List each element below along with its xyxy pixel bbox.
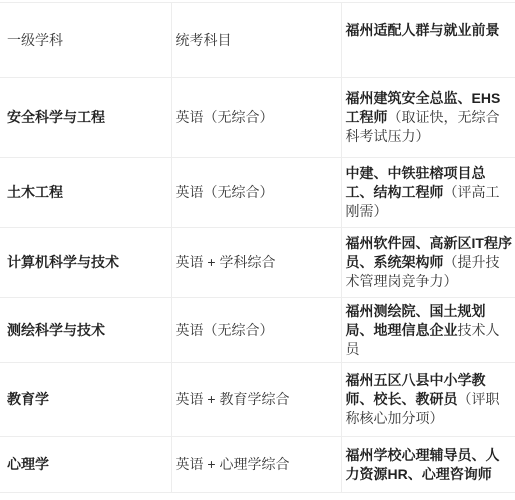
table-row: 土木工程 英语（无综合） 中建、中铁驻榕项目总工、结构工程师（评高工刚需） (0, 158, 515, 228)
table-row: 心理学 英语 + 心理学综合 福州学校心理辅导员、人力资源HR、心理咨询师 (0, 437, 515, 493)
exam-cell: 英语（无综合） (171, 158, 341, 228)
prospect-cell: 福州测绘院、国土规划局、地理信息企业技术人员 (341, 298, 515, 363)
prospect-cell: 福州软件园、高新区IT程序员、系统架构师（提升技术管理岗竞争力） (341, 228, 515, 298)
disciplines-table: 一级学科 统考科目 福州适配人群与就业前景 安全科学与工程 英语（无综合） 福州… (0, 2, 515, 493)
exam-cell: 英语 + 心理学综合 (171, 437, 341, 493)
discipline-cell: 安全科学与工程 (0, 78, 171, 158)
exam-cell: 英语（无综合） (171, 78, 341, 158)
discipline-cell: 土木工程 (0, 158, 171, 228)
discipline-cell: 计算机科学与技术 (0, 228, 171, 298)
prospect-highlight: 福州学校心理辅导员、人力资源HR、心理咨询师 (346, 447, 500, 482)
column-header-prospect: 福州适配人群与就业前景 (341, 3, 515, 78)
discipline-cell: 心理学 (0, 437, 171, 493)
prospect-cell: 福州五区八县中小学教师、校长、教研员（评职称核心加分项） (341, 363, 515, 437)
table-row: 安全科学与工程 英语（无综合） 福州建筑安全总监、EHS工程师（取证快，无综合科… (0, 78, 515, 158)
table-row: 教育学 英语 + 教育学综合 福州五区八县中小学教师、校长、教研员（评职称核心加… (0, 363, 515, 437)
header-row: 一级学科 统考科目 福州适配人群与就业前景 (0, 3, 515, 78)
table-row: 计算机科学与技术 英语 + 学科综合 福州软件园、高新区IT程序员、系统架构师（… (0, 228, 515, 298)
prospect-cell: 中建、中铁驻榕项目总工、结构工程师（评高工刚需） (341, 158, 515, 228)
column-header-exam: 统考科目 (171, 3, 341, 78)
prospect-cell: 福州建筑安全总监、EHS工程师（取证快，无综合科考试压力） (341, 78, 515, 158)
column-header-discipline: 一级学科 (0, 3, 171, 78)
exam-cell: 英语 + 教育学综合 (171, 363, 341, 437)
discipline-cell: 教育学 (0, 363, 171, 437)
exam-cell: 英语（无综合） (171, 298, 341, 363)
prospect-cell: 福州学校心理辅导员、人力资源HR、心理咨询师 (341, 437, 515, 493)
discipline-cell: 测绘科学与技术 (0, 298, 171, 363)
table-row: 测绘科学与技术 英语（无综合） 福州测绘院、国土规划局、地理信息企业技术人员 (0, 298, 515, 363)
exam-cell: 英语 + 学科综合 (171, 228, 341, 298)
